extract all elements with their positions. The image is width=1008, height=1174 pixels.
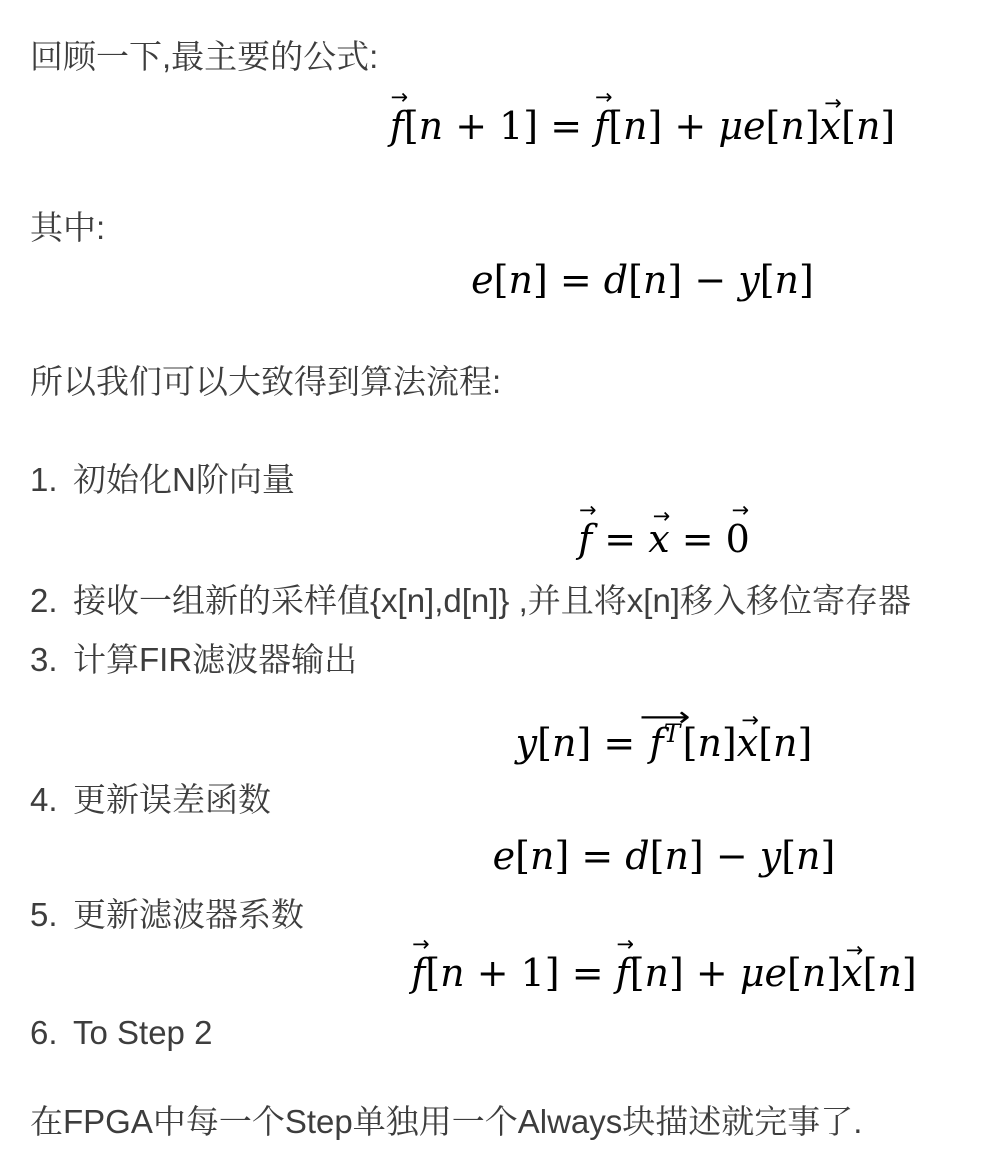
list-item-body: To Step 2 xyxy=(73,1013,1008,1053)
list-item-number: 4. xyxy=(30,780,73,820)
article-content: 回顾一下,最主要的公式: →f[n + 1] = →f[n] + μe[n]→x… xyxy=(0,37,1008,1142)
vector-arrow-symbol: →f xyxy=(578,515,592,563)
list-item-body: 初始化N阶向量 →f = →x = →0 xyxy=(73,460,1008,563)
formula-error: e[n] = d[n] − y[n] xyxy=(30,256,1008,304)
list-item-step-1: 1. 初始化N阶向量 →f = →x = →0 xyxy=(30,460,1008,563)
vector-arrow-symbol: →f xyxy=(594,102,608,150)
formula-init-vectors: →f = →x = →0 xyxy=(73,515,1008,563)
vector-arrow-symbol: →f xyxy=(616,949,630,997)
list-item-text: 接收一组新的采样值{x[n],d[n]} ,并且将x[n]移入移位寄存器 xyxy=(73,581,1008,621)
list-item-text: 初始化N阶向量 xyxy=(73,460,1008,500)
vector-arrow-symbol: →f xyxy=(411,949,425,997)
list-item-number: 3. xyxy=(30,640,73,680)
algorithm-steps-list: 1. 初始化N阶向量 →f = →x = →0 2. 接收一组新的采样值{x[n… xyxy=(30,460,1008,1053)
list-item-step-2: 2. 接收一组新的采样值{x[n],d[n]} ,并且将x[n]移入移位寄存器 xyxy=(30,581,1008,621)
list-item-step-6: 6. To Step 2 xyxy=(30,1013,1008,1053)
intro-paragraph: 回顾一下,最主要的公式: xyxy=(30,37,1008,77)
list-item-text: 更新误差函数 xyxy=(73,780,1008,820)
list-item-text: 更新滤波器系数 xyxy=(73,895,1008,935)
list-item-body: 更新误差函数 e[n] = d[n] − y[n] xyxy=(73,780,1008,880)
vector-arrow-symbol: →x xyxy=(737,719,758,767)
list-item-body: 更新滤波器系数 →f[n + 1] = →f[n] + μe[n]→x[n] xyxy=(73,895,1008,997)
formula-error-update: e[n] = d[n] − y[n] xyxy=(73,832,1008,880)
vector-arrow-symbol: →x xyxy=(820,102,841,150)
list-item-number: 6. xyxy=(30,1013,73,1053)
outro-paragraph: 在FPGA中每一个Step单独用一个Always块描述就完事了. xyxy=(30,1102,1008,1142)
formula-main-update: →f[n + 1] = →f[n] + μe[n]→x[n] xyxy=(30,102,1008,150)
list-item-number: 1. xyxy=(30,460,73,500)
list-item-body: 计算FIR滤波器输出 y[n] = ⟶fT[n]→x[n] xyxy=(73,640,1008,767)
vector-transpose-symbol: ⟶fT xyxy=(650,719,681,767)
flow-intro-paragraph: 所以我们可以大致得到算法流程: xyxy=(30,362,1008,402)
list-item-step-5: 5. 更新滤波器系数 →f[n + 1] = →f[n] + μe[n]→x[n… xyxy=(30,895,1008,997)
vector-arrow-symbol: →x xyxy=(841,949,862,997)
where-label: 其中: xyxy=(30,208,1008,248)
vector-arrow-symbol: →0 xyxy=(726,515,750,563)
list-item-text: To Step 2 xyxy=(73,1013,1008,1053)
formula-fir-output: y[n] = ⟶fT[n]→x[n] xyxy=(73,719,1008,767)
vector-arrow-symbol: →x xyxy=(648,515,669,563)
list-item-step-4: 4. 更新误差函数 e[n] = d[n] − y[n] xyxy=(30,780,1008,880)
formula-coeff-update: →f[n + 1] = →f[n] + μe[n]→x[n] xyxy=(73,949,1008,997)
vector-arrow-symbol: →f xyxy=(390,102,404,150)
list-item-number: 5. xyxy=(30,895,73,935)
list-item-step-3: 3. 计算FIR滤波器输出 y[n] = ⟶fT[n]→x[n] xyxy=(30,640,1008,767)
list-item-number: 2. xyxy=(30,581,73,621)
list-item-text: 计算FIR滤波器输出 xyxy=(73,640,1008,680)
list-item-body: 接收一组新的采样值{x[n],d[n]} ,并且将x[n]移入移位寄存器 xyxy=(73,581,1008,621)
